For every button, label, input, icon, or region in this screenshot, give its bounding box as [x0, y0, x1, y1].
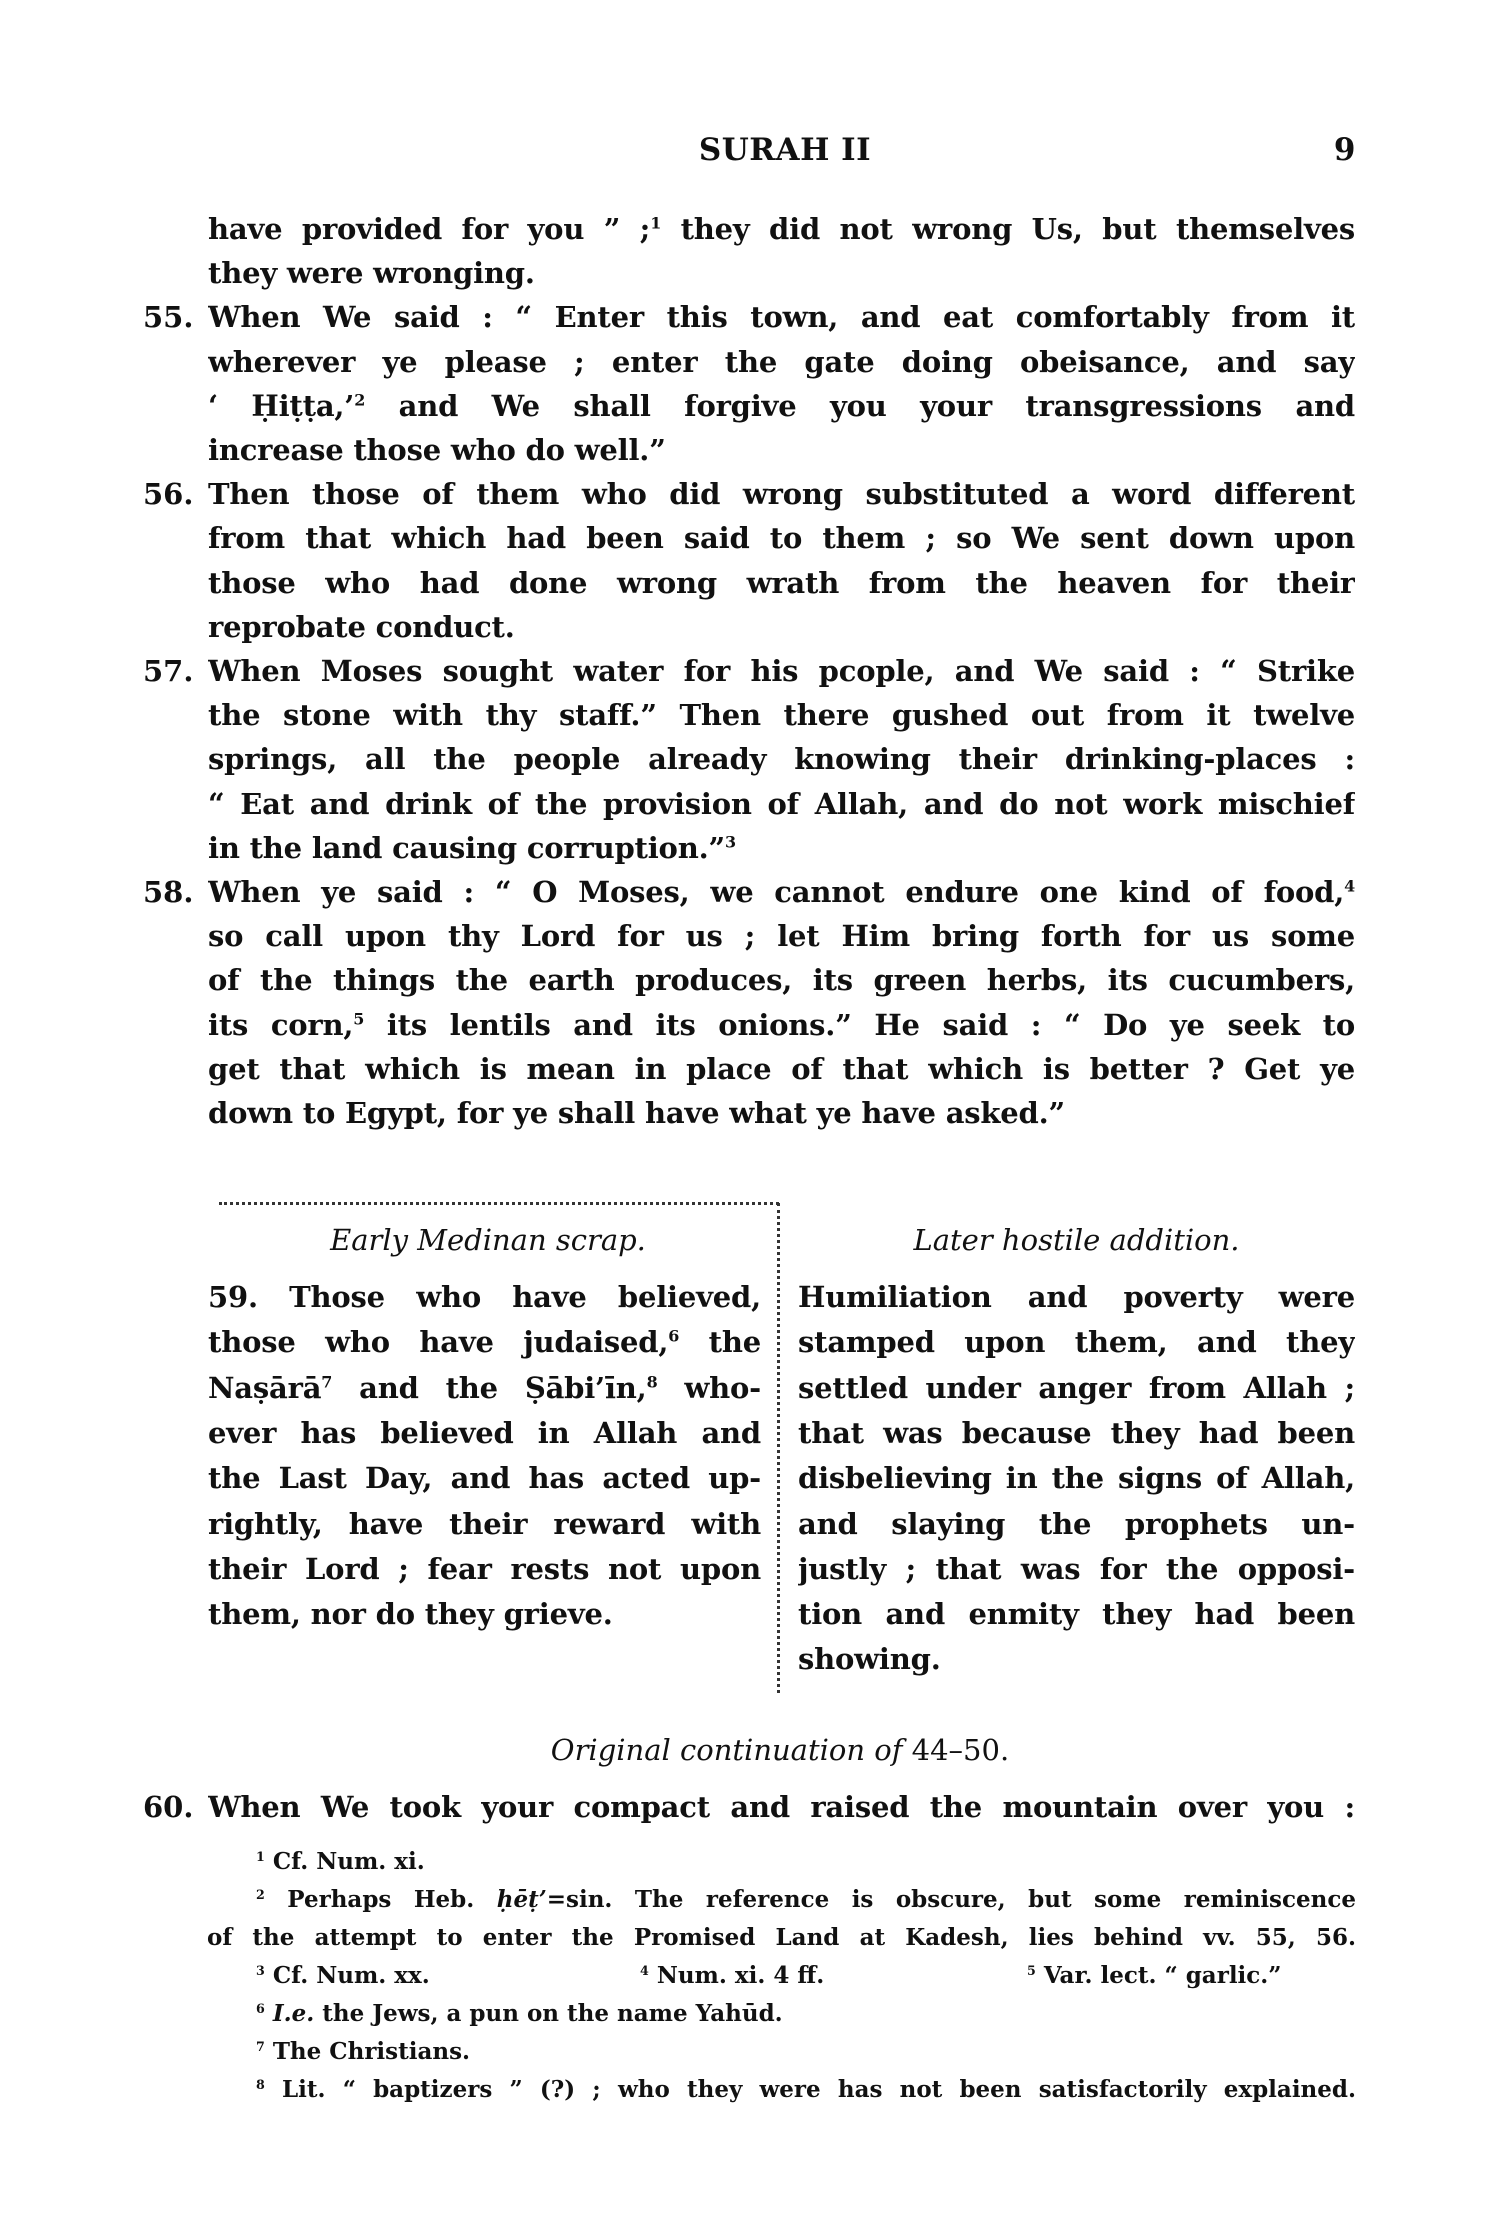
verse-number: 57.: [143, 649, 205, 693]
footnote-ref: 5: [353, 1009, 364, 1028]
text-line: the stone with thy staff.” Then there gu…: [208, 693, 1355, 737]
left-column-line: 59. Those who have believed,: [208, 1275, 761, 1319]
text-line: down to Egypt, for ye shall have what ye…: [208, 1091, 1355, 1135]
text-line: wherever ye please ; enter the gate doin…: [208, 340, 1355, 384]
line-text: increase those who do well.”: [208, 433, 666, 467]
text-line: reprobate conduct.: [208, 605, 1355, 649]
footnote-hebrew-word: ḥēṭ’: [497, 1886, 547, 1913]
verse-number: 58.: [143, 870, 205, 914]
right-column-line: Humiliation and poverty were: [798, 1275, 1355, 1319]
line-text: the: [679, 1325, 761, 1359]
line-text: so call upon thy Lord for us ; let Him b…: [208, 919, 1355, 953]
section-heading: Original continuation of 44–50.: [400, 1728, 1160, 1772]
line-text: springs, all the people already knowing …: [208, 742, 1355, 776]
line-text: Naṣārā: [208, 1371, 321, 1405]
line-text: the stone with thy staff.” Then there gu…: [208, 698, 1355, 732]
left-column-line: the Last Day, and has acted up-: [208, 1456, 761, 1500]
text-line: in the land causing corruption.”3: [208, 826, 1355, 870]
footnote-2-continuation: of the attempt to enter the Promised Lan…: [207, 1919, 1356, 1957]
verse-number: 60.: [143, 1785, 205, 1829]
footnote-ref: 1: [650, 214, 661, 233]
footnote-ref: 8: [647, 1372, 658, 1391]
line-text: those who have judaised,: [208, 1325, 668, 1359]
footnote-8: 8 Lit. “ baptizers ” (?) ; who they were…: [256, 2071, 1356, 2109]
text-line: they were wronging.: [208, 251, 1355, 295]
line-text: settled under anger from Allah ;: [798, 1371, 1355, 1405]
book-page: SURAH II 9 have provided for you ” ;1 th…: [0, 0, 1500, 2240]
footnote-6: 6 I.e. the Jews, a pun on the name Yahūd…: [256, 1995, 783, 2033]
line-text: rightly, have their reward with: [208, 1507, 761, 1541]
verse-line: When We took your compact and raised the…: [208, 1785, 1355, 1829]
text-line: springs, all the people already knowing …: [208, 737, 1355, 781]
line-text: they did not wrong Us, but themselves: [661, 212, 1355, 246]
left-column-line: ever has believed in Allah and: [208, 1411, 761, 1455]
dotted-rule: [219, 1202, 779, 1205]
line-text: get that which is mean in place of that …: [208, 1052, 1355, 1086]
right-column-line: justly ; that was for the opposi-: [798, 1547, 1355, 1591]
line-text: ‘ Ḥiṭṭa,’: [208, 389, 354, 423]
text-line: When ye said : “ O Moses, we cannot endu…: [208, 870, 1355, 914]
text-line: When Moses sought water for his pcople, …: [208, 649, 1355, 693]
footnote-text: Cf. Num. xi.: [273, 1848, 425, 1875]
line-text: When We said : “ Enter this town, and ea…: [208, 300, 1355, 334]
right-column-heading: Later hostile addition.: [798, 1218, 1355, 1262]
footnote-mark: 7: [256, 2039, 265, 2054]
verse-number: 55.: [143, 295, 205, 339]
line-text: those who had done wrong wrath from the …: [208, 566, 1355, 600]
text-line: increase those who do well.”: [208, 428, 1355, 472]
text-line: When We said : “ Enter this town, and ea…: [208, 295, 1355, 339]
left-column-line: rightly, have their reward with: [208, 1502, 761, 1546]
line-text: 59. Those who have believed,: [208, 1280, 761, 1314]
footnote-abbrev: I.e.: [273, 2000, 314, 2027]
text-line: from that which had been said to them ; …: [208, 516, 1355, 560]
right-column-line: tion and enmity they had been: [798, 1592, 1355, 1636]
running-head-title: SURAH II: [600, 128, 970, 172]
text-line: so call upon thy Lord for us ; let Him b…: [208, 914, 1355, 958]
footnote-text: Var. lect. “ garlic.”: [1044, 1962, 1282, 1989]
page-number: 9: [1300, 128, 1356, 172]
line-text: their Lord ; fear rests not upon: [208, 1552, 761, 1586]
line-text: disbelieving in the signs of Allah,: [798, 1461, 1355, 1495]
text-line: ‘ Ḥiṭṭa,’2 and We shall forgive you your…: [208, 384, 1355, 428]
right-column-line: and slaying the prophets un-: [798, 1502, 1355, 1546]
footnote-mark: 5: [1027, 1963, 1036, 1978]
line-text: ever has believed in Allah and: [208, 1416, 761, 1450]
footnote-text: the Jews, a pun on the name Yahūd.: [314, 2000, 782, 2027]
text-line: those who had done wrong wrath from the …: [208, 561, 1355, 605]
right-column-line: settled under anger from Allah ;: [798, 1366, 1355, 1410]
footnote-mark: 8: [256, 2077, 265, 2092]
line-text: When Moses sought water for his pcople, …: [208, 654, 1355, 688]
line-text: its lentils and its onions.” He said : “…: [364, 1008, 1355, 1042]
footnote-ref: 4: [1344, 877, 1355, 896]
section-heading-text: Original continuation of: [551, 1733, 903, 1767]
section-heading-range: 44–50.: [912, 1733, 1010, 1767]
line-text: reprobate conduct.: [208, 610, 515, 644]
footnote-text: =sin. The reference is obscure, but some…: [547, 1886, 1356, 1913]
footnote-text: of the attempt to enter the Promised Lan…: [207, 1924, 1356, 1951]
line-text: down to Egypt, for ye shall have what ye…: [208, 1096, 1065, 1130]
footnote-mark: 6: [256, 2001, 265, 2016]
right-column-line: that was because they had been: [798, 1411, 1355, 1455]
text-line: of the things the earth produces, its gr…: [208, 958, 1355, 1002]
footnote-mark: 4: [640, 1963, 649, 1978]
footnote-text: Perhaps Heb.: [287, 1886, 474, 1913]
text-line: get that which is mean in place of that …: [208, 1047, 1355, 1091]
footnote-3: 3 Cf. Num. xx.: [256, 1957, 430, 1995]
line-text: and We shall forgive you your transgress…: [365, 389, 1355, 423]
footnote-ref: 6: [668, 1327, 679, 1346]
footnote-mark: 2: [256, 1887, 265, 1902]
line-text: tion and enmity they had been: [798, 1597, 1355, 1631]
verse-number: 56.: [143, 472, 205, 516]
line-text: and the Ṣābi’īn,: [332, 1371, 646, 1405]
line-text: they were wronging.: [208, 256, 535, 290]
footnote-text: Num. xi. 4 ff.: [657, 1962, 824, 1989]
line-text: from that which had been said to them ; …: [208, 521, 1355, 555]
footnote-ref: 7: [321, 1372, 332, 1391]
footnote-ref: 3: [725, 832, 736, 851]
left-column-line: their Lord ; fear rests not upon: [208, 1547, 761, 1591]
footnote-ref: 2: [354, 390, 365, 409]
line-text: that was because they had been: [798, 1416, 1355, 1450]
column-divider: [777, 1203, 780, 1693]
line-text: its corn,: [208, 1008, 353, 1042]
footnote-text: The Christians.: [273, 2038, 470, 2065]
left-column-line: those who have judaised,6 the: [208, 1320, 761, 1364]
text-line: Then those of them who did wrong substit…: [208, 472, 1355, 516]
text-line: its corn,5 its lentils and its onions.” …: [208, 1003, 1355, 1047]
line-text: them, nor do they grieve.: [208, 1597, 613, 1631]
right-column-line: stamped upon them, and they: [798, 1320, 1355, 1364]
line-text: the Last Day, and has acted up-: [208, 1461, 761, 1495]
line-text: “ Eat and drink of the provision of Alla…: [208, 787, 1355, 821]
line-text: of the things the earth produces, its gr…: [208, 963, 1355, 997]
verse-text: When We took your compact and raised the…: [208, 1790, 1355, 1824]
line-text: have provided for you ” ;: [208, 212, 650, 246]
footnote-text: Lit. “ baptizers ” (?) ; who they were h…: [282, 2076, 1356, 2103]
footnote-7: 7 The Christians.: [256, 2033, 470, 2071]
line-text: stamped upon them, and they: [798, 1325, 1355, 1359]
footnote-mark: 1: [256, 1849, 265, 1864]
text-line: have provided for you ” ;1 they did not …: [208, 207, 1355, 251]
right-column-line: showing.: [798, 1637, 1355, 1681]
left-column-line: Naṣārā7 and the Ṣābi’īn,8 who-: [208, 1366, 761, 1410]
left-column-line: them, nor do they grieve.: [208, 1592, 761, 1636]
footnote-mark: 3: [256, 1963, 265, 1978]
line-text: wherever ye please ; enter the gate doin…: [208, 345, 1355, 379]
line-text: When ye said : “ O Moses, we cannot endu…: [208, 875, 1344, 909]
footnote-2: 2 Perhaps Heb. ḥēṭ’=sin. The reference i…: [256, 1881, 1356, 1919]
footnote-text: Cf. Num. xx.: [273, 1962, 430, 1989]
text-line: “ Eat and drink of the provision of Alla…: [208, 782, 1355, 826]
line-text: and slaying the prophets un-: [798, 1507, 1355, 1541]
line-text: who-: [657, 1371, 761, 1405]
line-text: in the land causing corruption.”: [208, 831, 725, 865]
left-column-heading: Early Medinan scrap.: [208, 1218, 768, 1262]
line-text: showing.: [798, 1642, 941, 1676]
footnote-5: 5 Var. lect. “ garlic.”: [1027, 1957, 1282, 1995]
footnote-1: 1 Cf. Num. xi.: [256, 1843, 425, 1881]
right-column-line: disbelieving in the signs of Allah,: [798, 1456, 1355, 1500]
line-text: justly ; that was for the opposi-: [798, 1552, 1355, 1586]
line-text: Humiliation and poverty were: [798, 1280, 1355, 1314]
footnote-4: 4 Num. xi. 4 ff.: [640, 1957, 824, 1995]
line-text: Then those of them who did wrong substit…: [208, 477, 1355, 511]
